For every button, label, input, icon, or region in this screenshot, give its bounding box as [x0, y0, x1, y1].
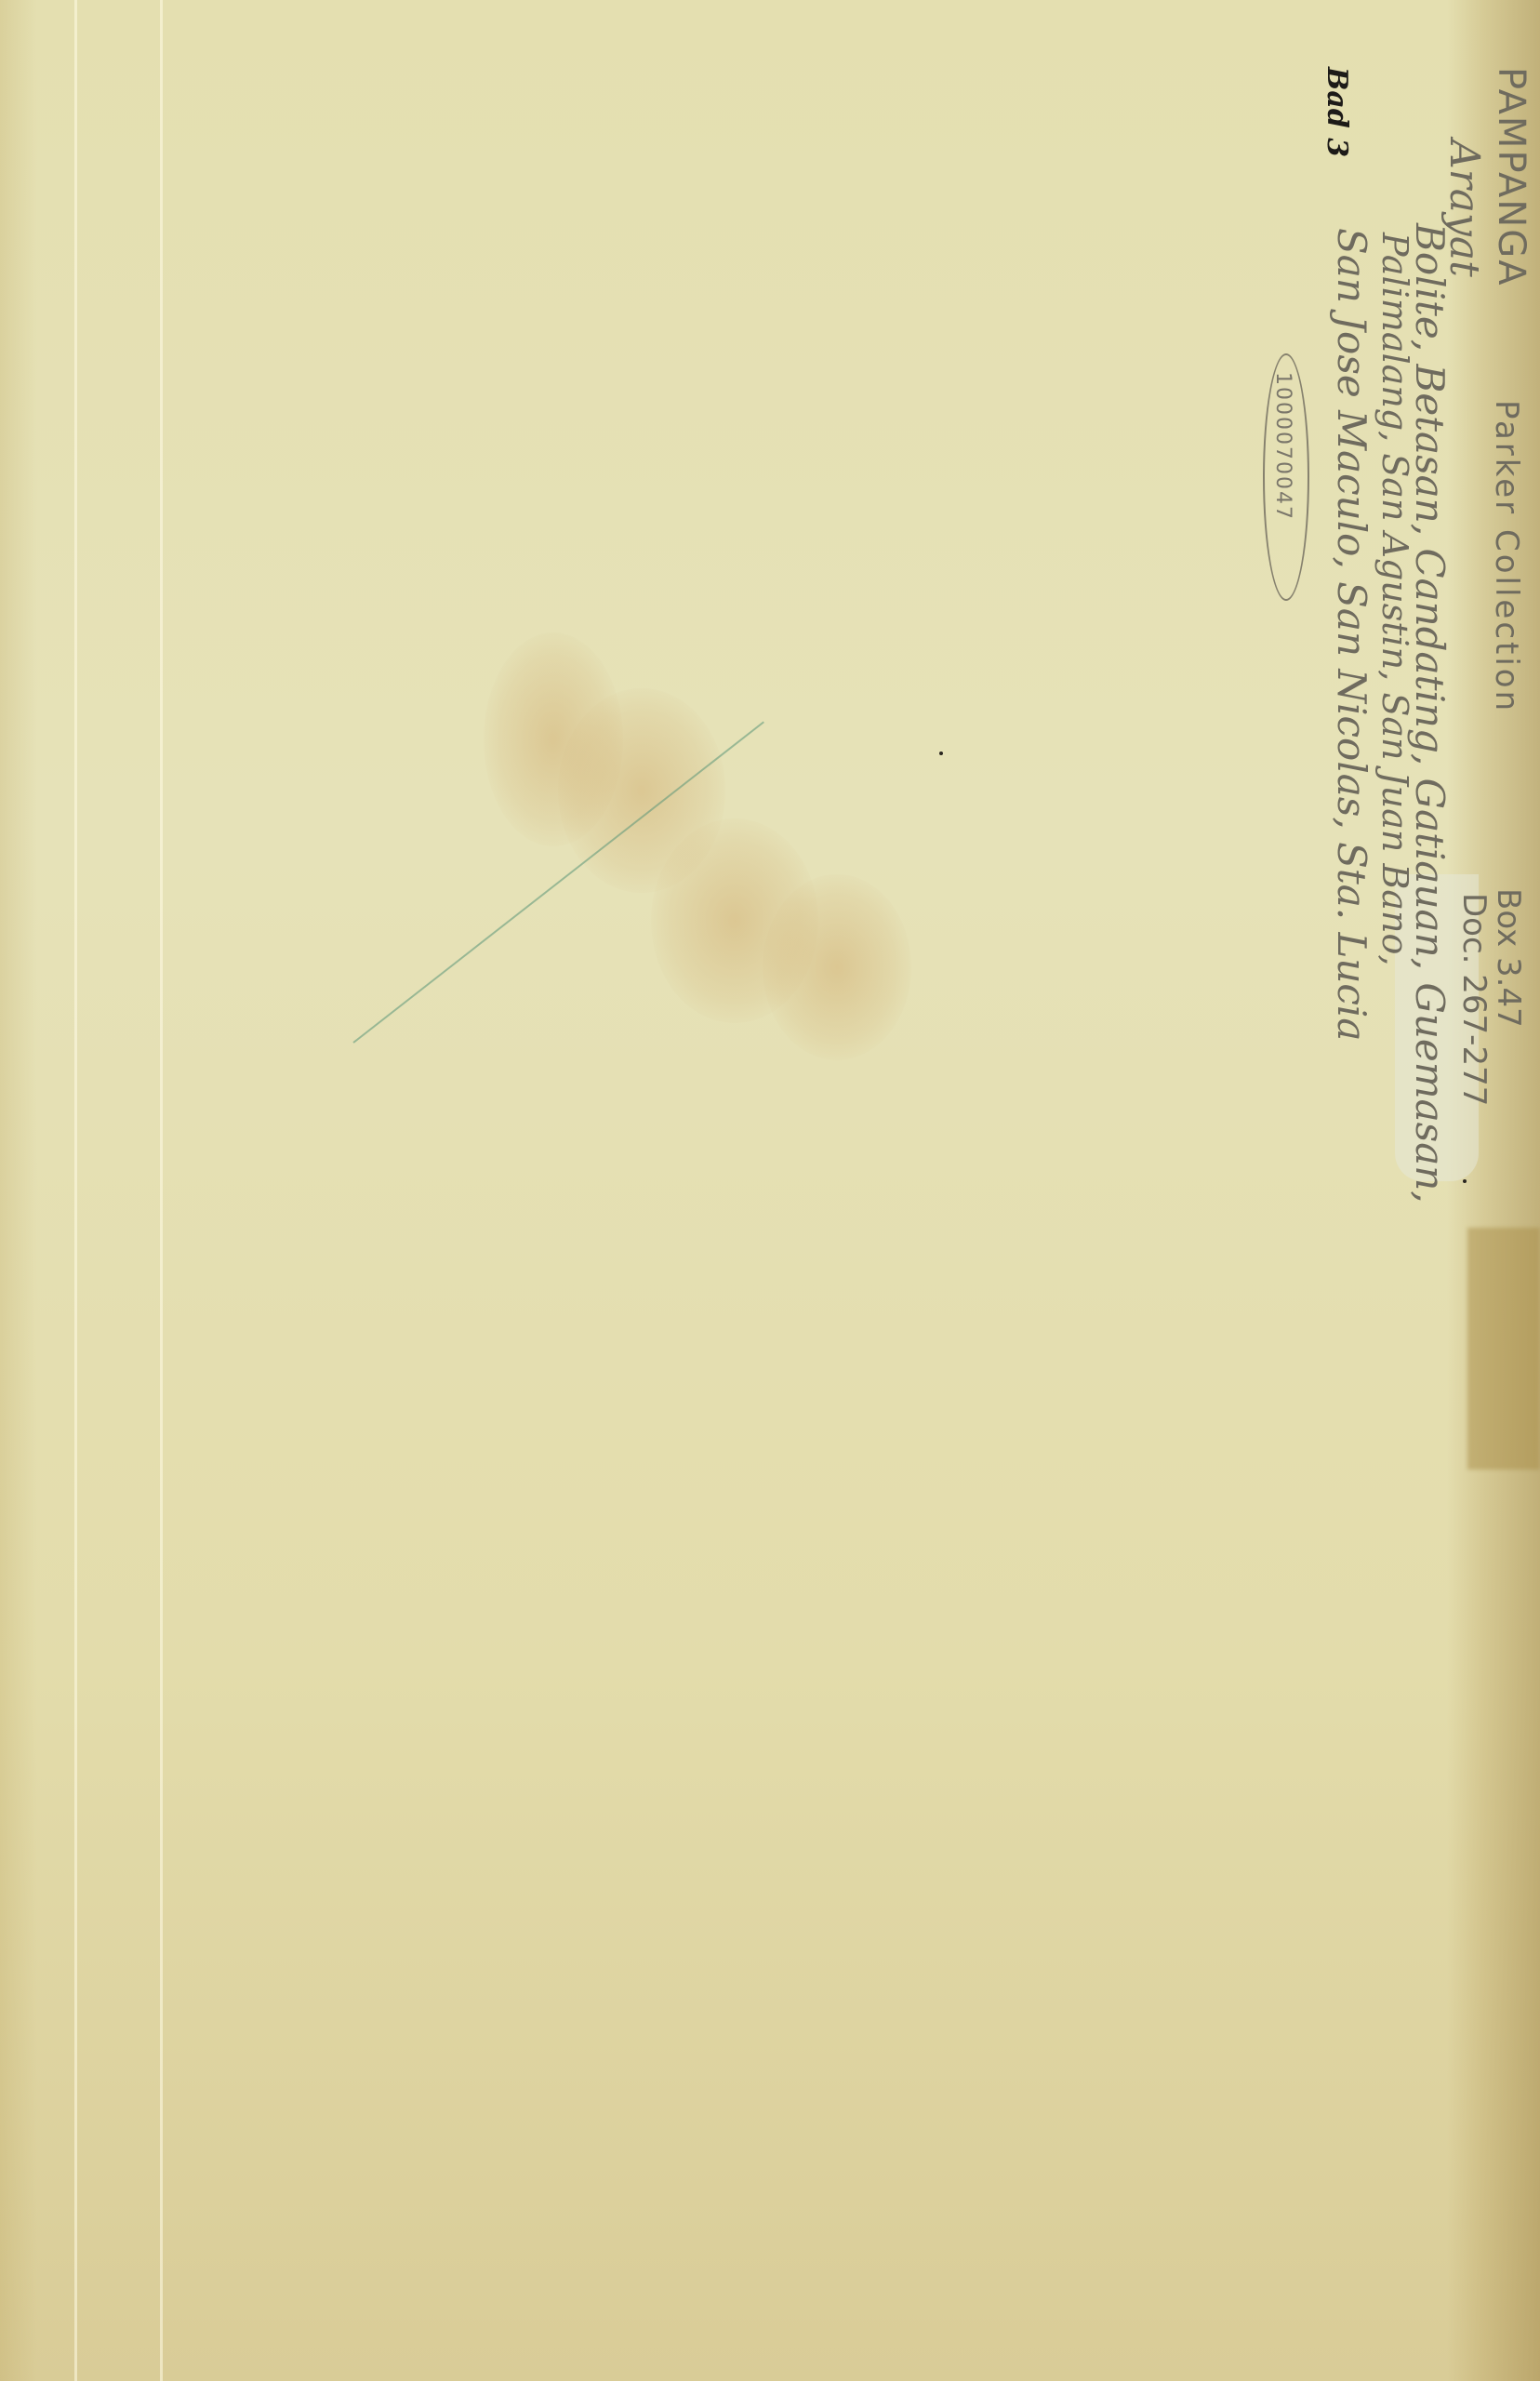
folder-edge-shadow — [1447, 0, 1540, 2381]
collection-label: Parker Collection — [1488, 400, 1525, 713]
document-page: PAMPANGA Parker Collection Box 3.47 Aray… — [0, 0, 1540, 2381]
speck — [939, 752, 943, 755]
speck — [1463, 1179, 1467, 1183]
barrio-list-line-3: San Jose Maculo, San Nicolas, Sta. Lucia — [1329, 228, 1374, 1041]
document-range: Doc. 267-277 — [1455, 893, 1493, 1106]
stain — [763, 874, 911, 1060]
margin-note: Bad 3 — [1321, 67, 1353, 157]
barrio-list-line-2: Palimalang, San Agustin, San Juan Bano, — [1374, 233, 1415, 965]
fold-line-left — [74, 0, 77, 2381]
province-label: PAMPANGA — [1490, 67, 1533, 287]
folder-tab-shadow — [1467, 1228, 1540, 1470]
box-number: Box 3.47 — [1490, 888, 1527, 1028]
fold-line-inner — [160, 0, 163, 2381]
accession-number: 1000070047 — [1271, 372, 1294, 521]
